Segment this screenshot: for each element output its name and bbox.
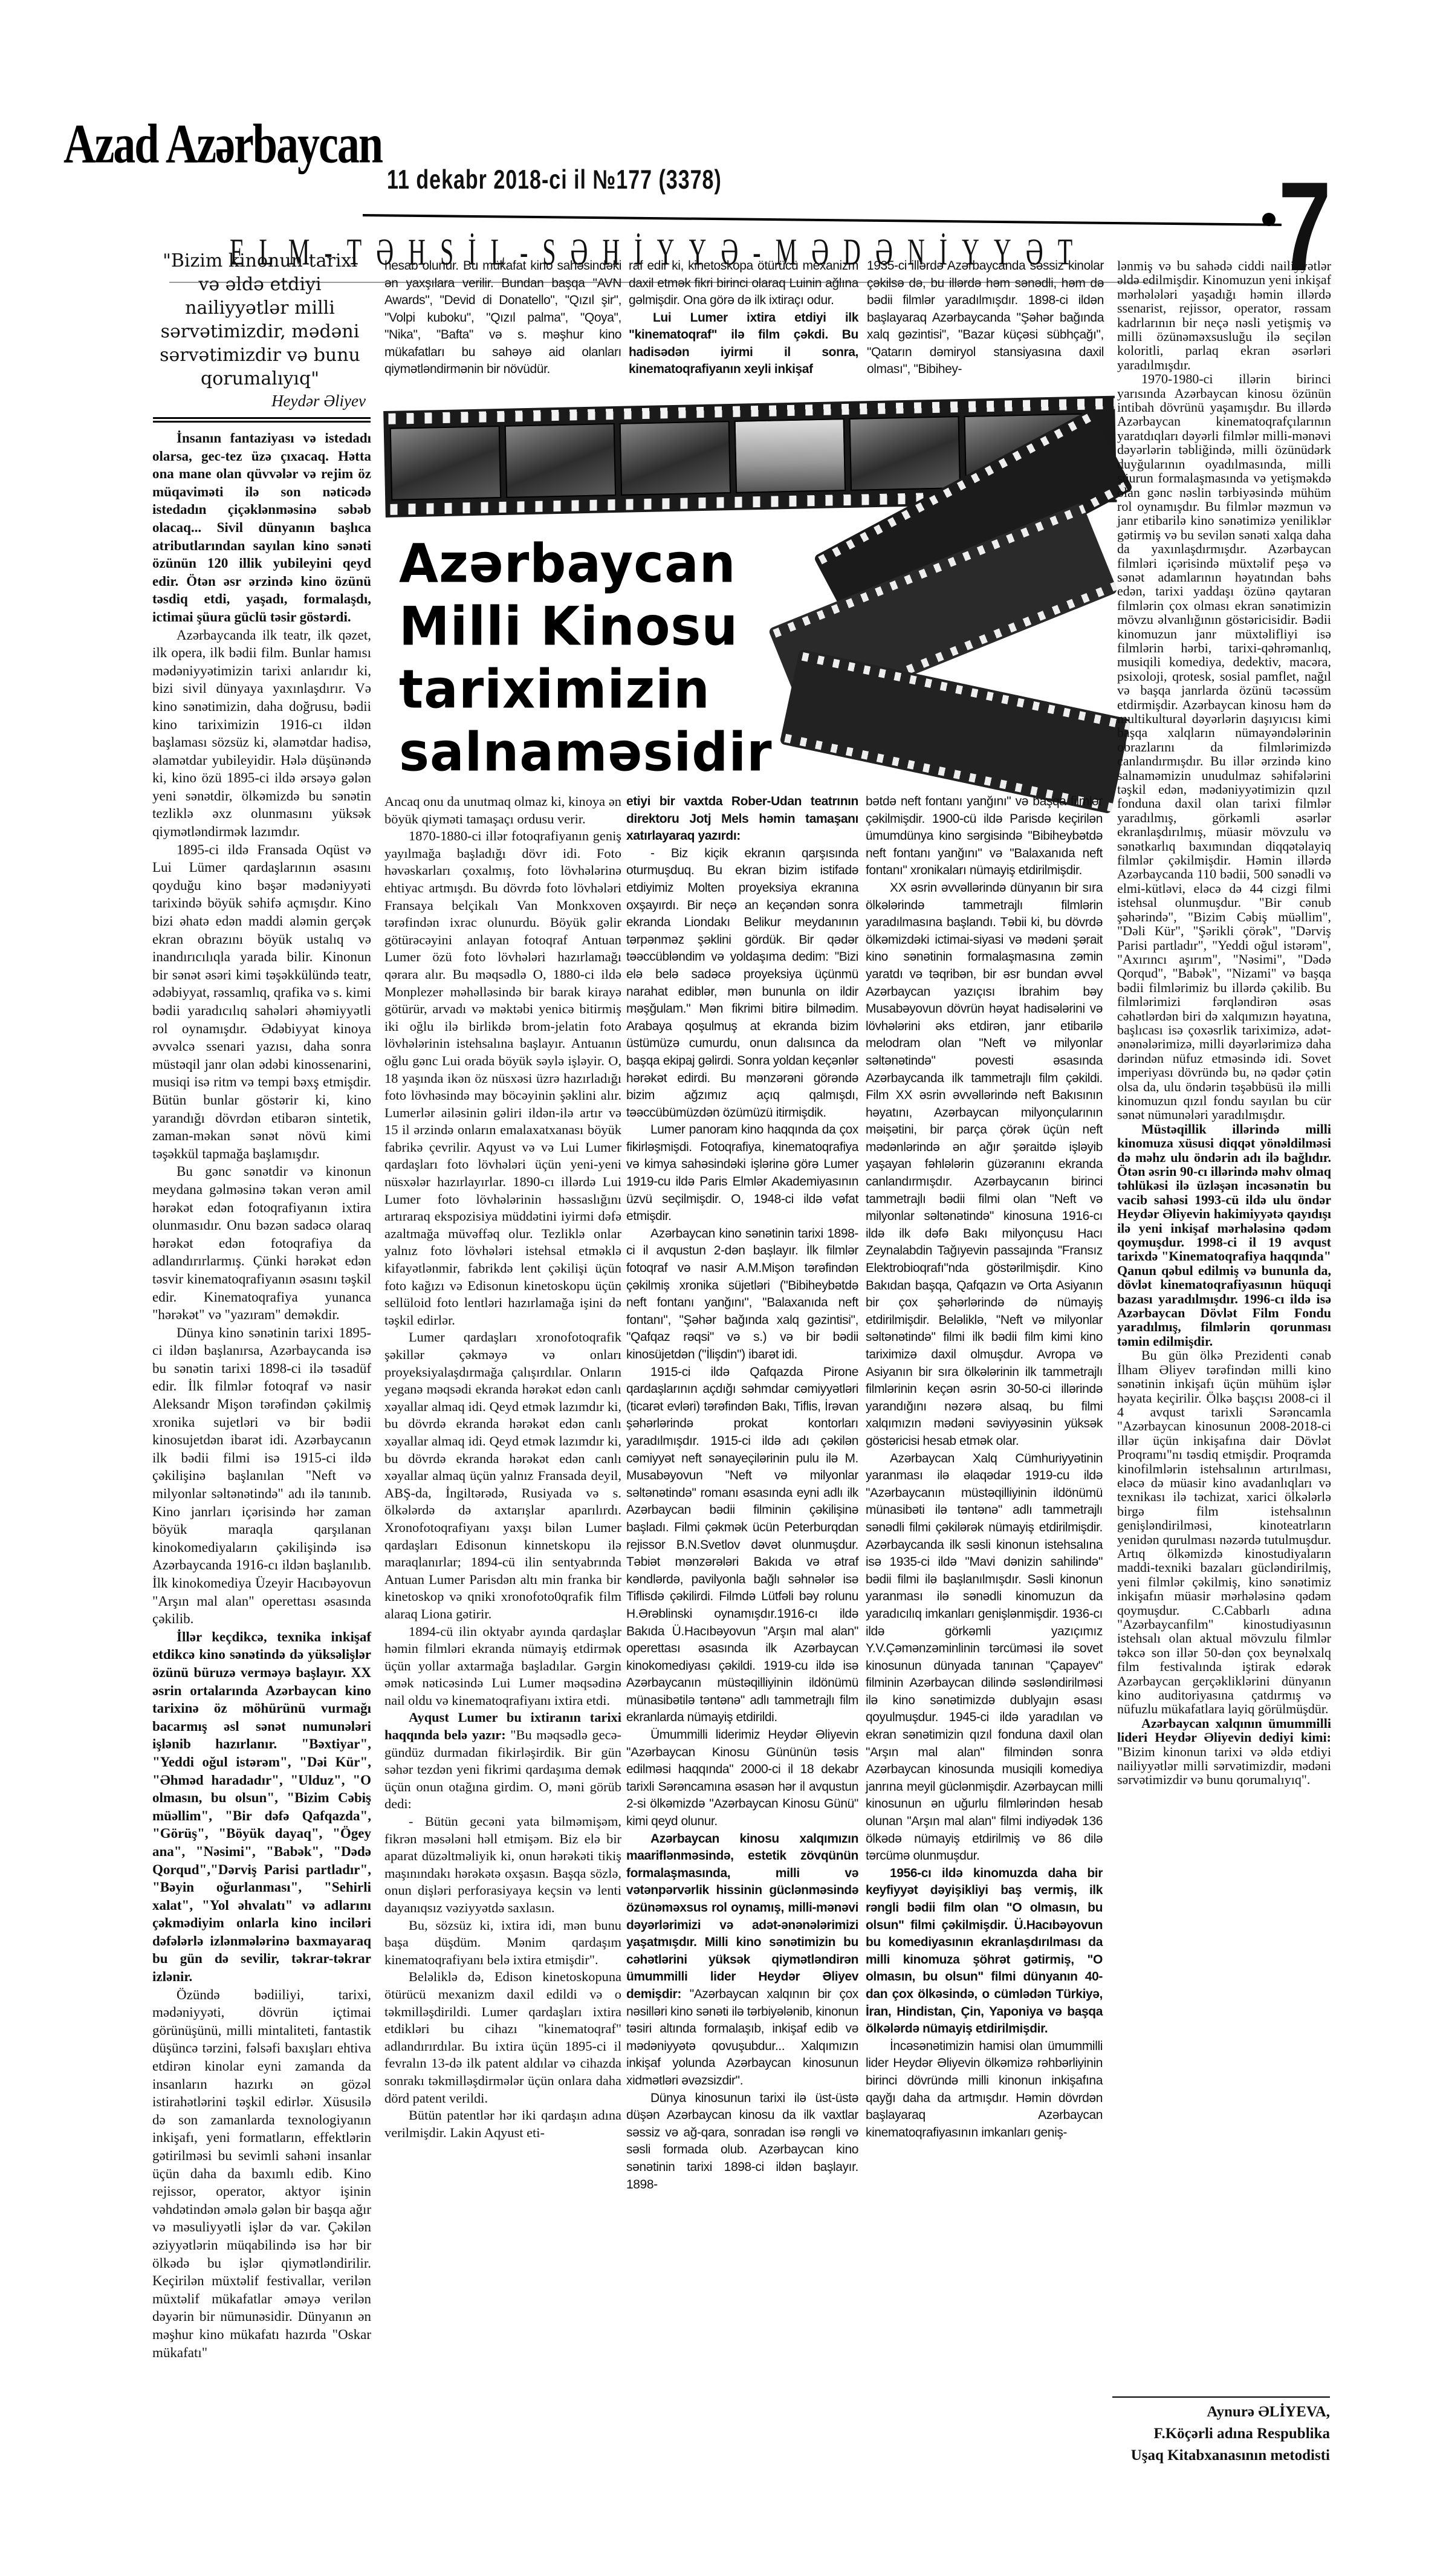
article-column-4: bətdə neft fontanı yanğını" və başqa fil… (866, 793, 1103, 2141)
paragraph: Ümummilli liderimiz Heydər Əliyevin "Azə… (626, 1727, 858, 1831)
article-column-5: lənmiş və bu sahədə ciddi nailiyyətlər ə… (1117, 259, 1331, 1787)
paragraph: İnsanın fantaziyası və istedadı olarsa, … (152, 429, 371, 626)
paragraph-lead-bold: Ayqust Lumer bu ixtiranın tarixi haqqınd… (384, 1710, 621, 1742)
article-headline: Azərbaycan Milli Kinosu tariximizin saln… (399, 532, 858, 784)
paragraph: 1895-ci ildə Fransada Oqüst və Lui Lümer… (152, 841, 371, 1163)
epigraph-quote: "Bizim kinonun tarixi və əldə etdiyi nai… (154, 249, 366, 391)
paragraph: bətdə neft fontanı yanğını" və başqa fil… (866, 793, 1103, 880)
author-affiliation: F.Köçərli adına Respublika (1112, 2423, 1330, 2445)
paragraph: 1894-cü ilin oktyabr ayında qardaşlar hə… (384, 1623, 621, 1710)
paragraph: lənmiş və bu sahədə ciddi nailiyyətlər ə… (1117, 259, 1331, 372)
epigraph-author: Heydər Əliyev (154, 392, 366, 410)
issue-date-number: 11 dekabr 2018-ci il №177 (3378) (387, 165, 722, 196)
paragraph: Lumer qardaşları xronofotoqrafik şəkillə… (384, 1329, 621, 1623)
author-title: Uşaq Kitabxanasının metodisti (1112, 2445, 1330, 2467)
paragraph: 1956-cı ildə kinomuzda daha bir keyfiyyə… (866, 1865, 1103, 2038)
paragraph: - Bütün gecəni yata bilməmişəm, fikrən m… (384, 1813, 621, 1917)
film-frame-image (620, 421, 731, 496)
paragraph: Beləliklə də, Edison kinetoskopuna ötürü… (384, 1968, 621, 2107)
paragraph: 1935-ci illərdə Azərbaycanda səssiz kino… (867, 258, 1104, 378)
paragraph-lead-bold: Azərbaycan kinosu xalqımızın maariflənmə… (626, 1832, 858, 2001)
paragraph: Özündə bədiiliyi, tarixi, mədəniyyəti, d… (152, 1986, 371, 2361)
paragraph: Azərbaycan Xalq Cümhuriyyətinin yaranmas… (866, 1450, 1103, 1865)
newspaper-masthead: Azad Azərbaycan (63, 112, 382, 177)
signature-rule (1112, 2396, 1330, 2398)
author-signature: Aynurə ƏLİYEVA, F.Köçərli adına Respubli… (1112, 2401, 1330, 2467)
paragraph: Azərbaycan xalqının ümummilli lideri Hey… (1117, 1716, 1331, 1787)
paragraph: Dünya kinosunun tarixi ilə üst-üstə düşə… (626, 2090, 858, 2194)
paragraph: - Biz kiçik ekranın qarşısında oturmuşdu… (626, 845, 858, 1122)
page-number-bullet-icon (1262, 213, 1276, 226)
paragraph: Azərbaycan kino sənətinin tarixi 1898-ci… (626, 1225, 858, 1364)
paragraph: 1870-1880-ci illər fotoqrafiyanın geniş … (384, 828, 621, 1329)
paragraph: Bu, sözsüz ki, ixtira idi, mən bunu başa… (384, 1917, 621, 1969)
headline-line: salnaməsidir (399, 719, 858, 785)
paragraph: Dünya kino sənətinin tarixi 1895-ci ildə… (152, 1324, 371, 1628)
headline-line: Azərbaycan (399, 530, 858, 596)
article-column-3: etiyi bir vaxtda Rober-Udan teatrının di… (626, 793, 858, 2193)
paragraph: hesab olunur. Bu mükafat kino sahəsindək… (384, 258, 621, 378)
paragraph: Müstəqillik illərində milli kinomuza xüs… (1117, 1122, 1331, 1349)
epigraph-double-rule (153, 417, 371, 423)
paragraph: 1915-ci ildə Qafqazda Pirone qardaşların… (626, 1364, 858, 1727)
article-column-2: Ancaq onu da unutmaq olmaz ki, kinoya ən… (384, 793, 621, 2141)
paragraph: Azərbaycan kinosu xalqımızın maariflənmə… (626, 1831, 858, 2090)
paragraph: etiyi bir vaxtda Rober-Udan teatrının di… (626, 793, 858, 845)
paragraph: Ayqust Lumer bu ixtiranın tarixi haqqınd… (384, 1709, 621, 1813)
author-name: Aynurə ƏLİYEVA, (1112, 2401, 1330, 2423)
headline-line: Milli Kinosu (399, 593, 858, 659)
paragraph: raf edir ki, kinetoskopa ötürücü mexaniz… (629, 258, 858, 310)
article-column-3-top: raf edir ki, kinetoskopa ötürücü mexaniz… (629, 258, 858, 378)
headline-line: tariximizin (399, 656, 858, 722)
paragraph: İncəsənətimizin hamisi olan ümummilli li… (866, 2038, 1103, 2142)
article-column-1: İnsanın fantaziyası və istedadı olarsa, … (152, 429, 371, 2361)
paragraph: XX əsrin əvvəllərində dünyanın bir sıra … (866, 880, 1103, 1450)
paragraph: Lui Lumer ixtira etdiyi ilk "kinematoqra… (629, 310, 858, 378)
paragraph-lead-bold: Azərbaycan xalqının ümummilli lideri Hey… (1117, 1716, 1331, 1745)
paragraph: Bu gənc sənətdir və kinonun meydana gəlm… (152, 1163, 371, 1323)
header-rule (363, 214, 1282, 226)
paragraph: Bu gün ölkə Prezidenti cənab İlham Əliye… (1117, 1348, 1331, 1716)
article-column-4-top: 1935-ci illərdə Azərbaycanda səssiz kino… (867, 258, 1104, 378)
paragraph: Ancaq onu da unutmaq olmaz ki, kinoya ən… (384, 793, 621, 828)
paragraph: 1970-1980-ci illərin birinci yarısında A… (1117, 372, 1331, 1122)
paragraph: İllər keçdikcə, texnika inkişaf etdikcə … (152, 1628, 371, 1986)
article-column-2-top: hesab olunur. Bu mükafat kino sahəsindək… (384, 258, 621, 378)
film-frame-image (505, 423, 616, 498)
paragraph: Bütün patentlər hər iki qardaşın adına v… (384, 2107, 621, 2141)
film-frame-image (390, 426, 501, 501)
paragraph: Lumer panoram kino haqqında da çox fikir… (626, 1121, 858, 1225)
paragraph: Azərbaycanda ilk teatr, ilk qəzet, ilk o… (152, 626, 371, 841)
